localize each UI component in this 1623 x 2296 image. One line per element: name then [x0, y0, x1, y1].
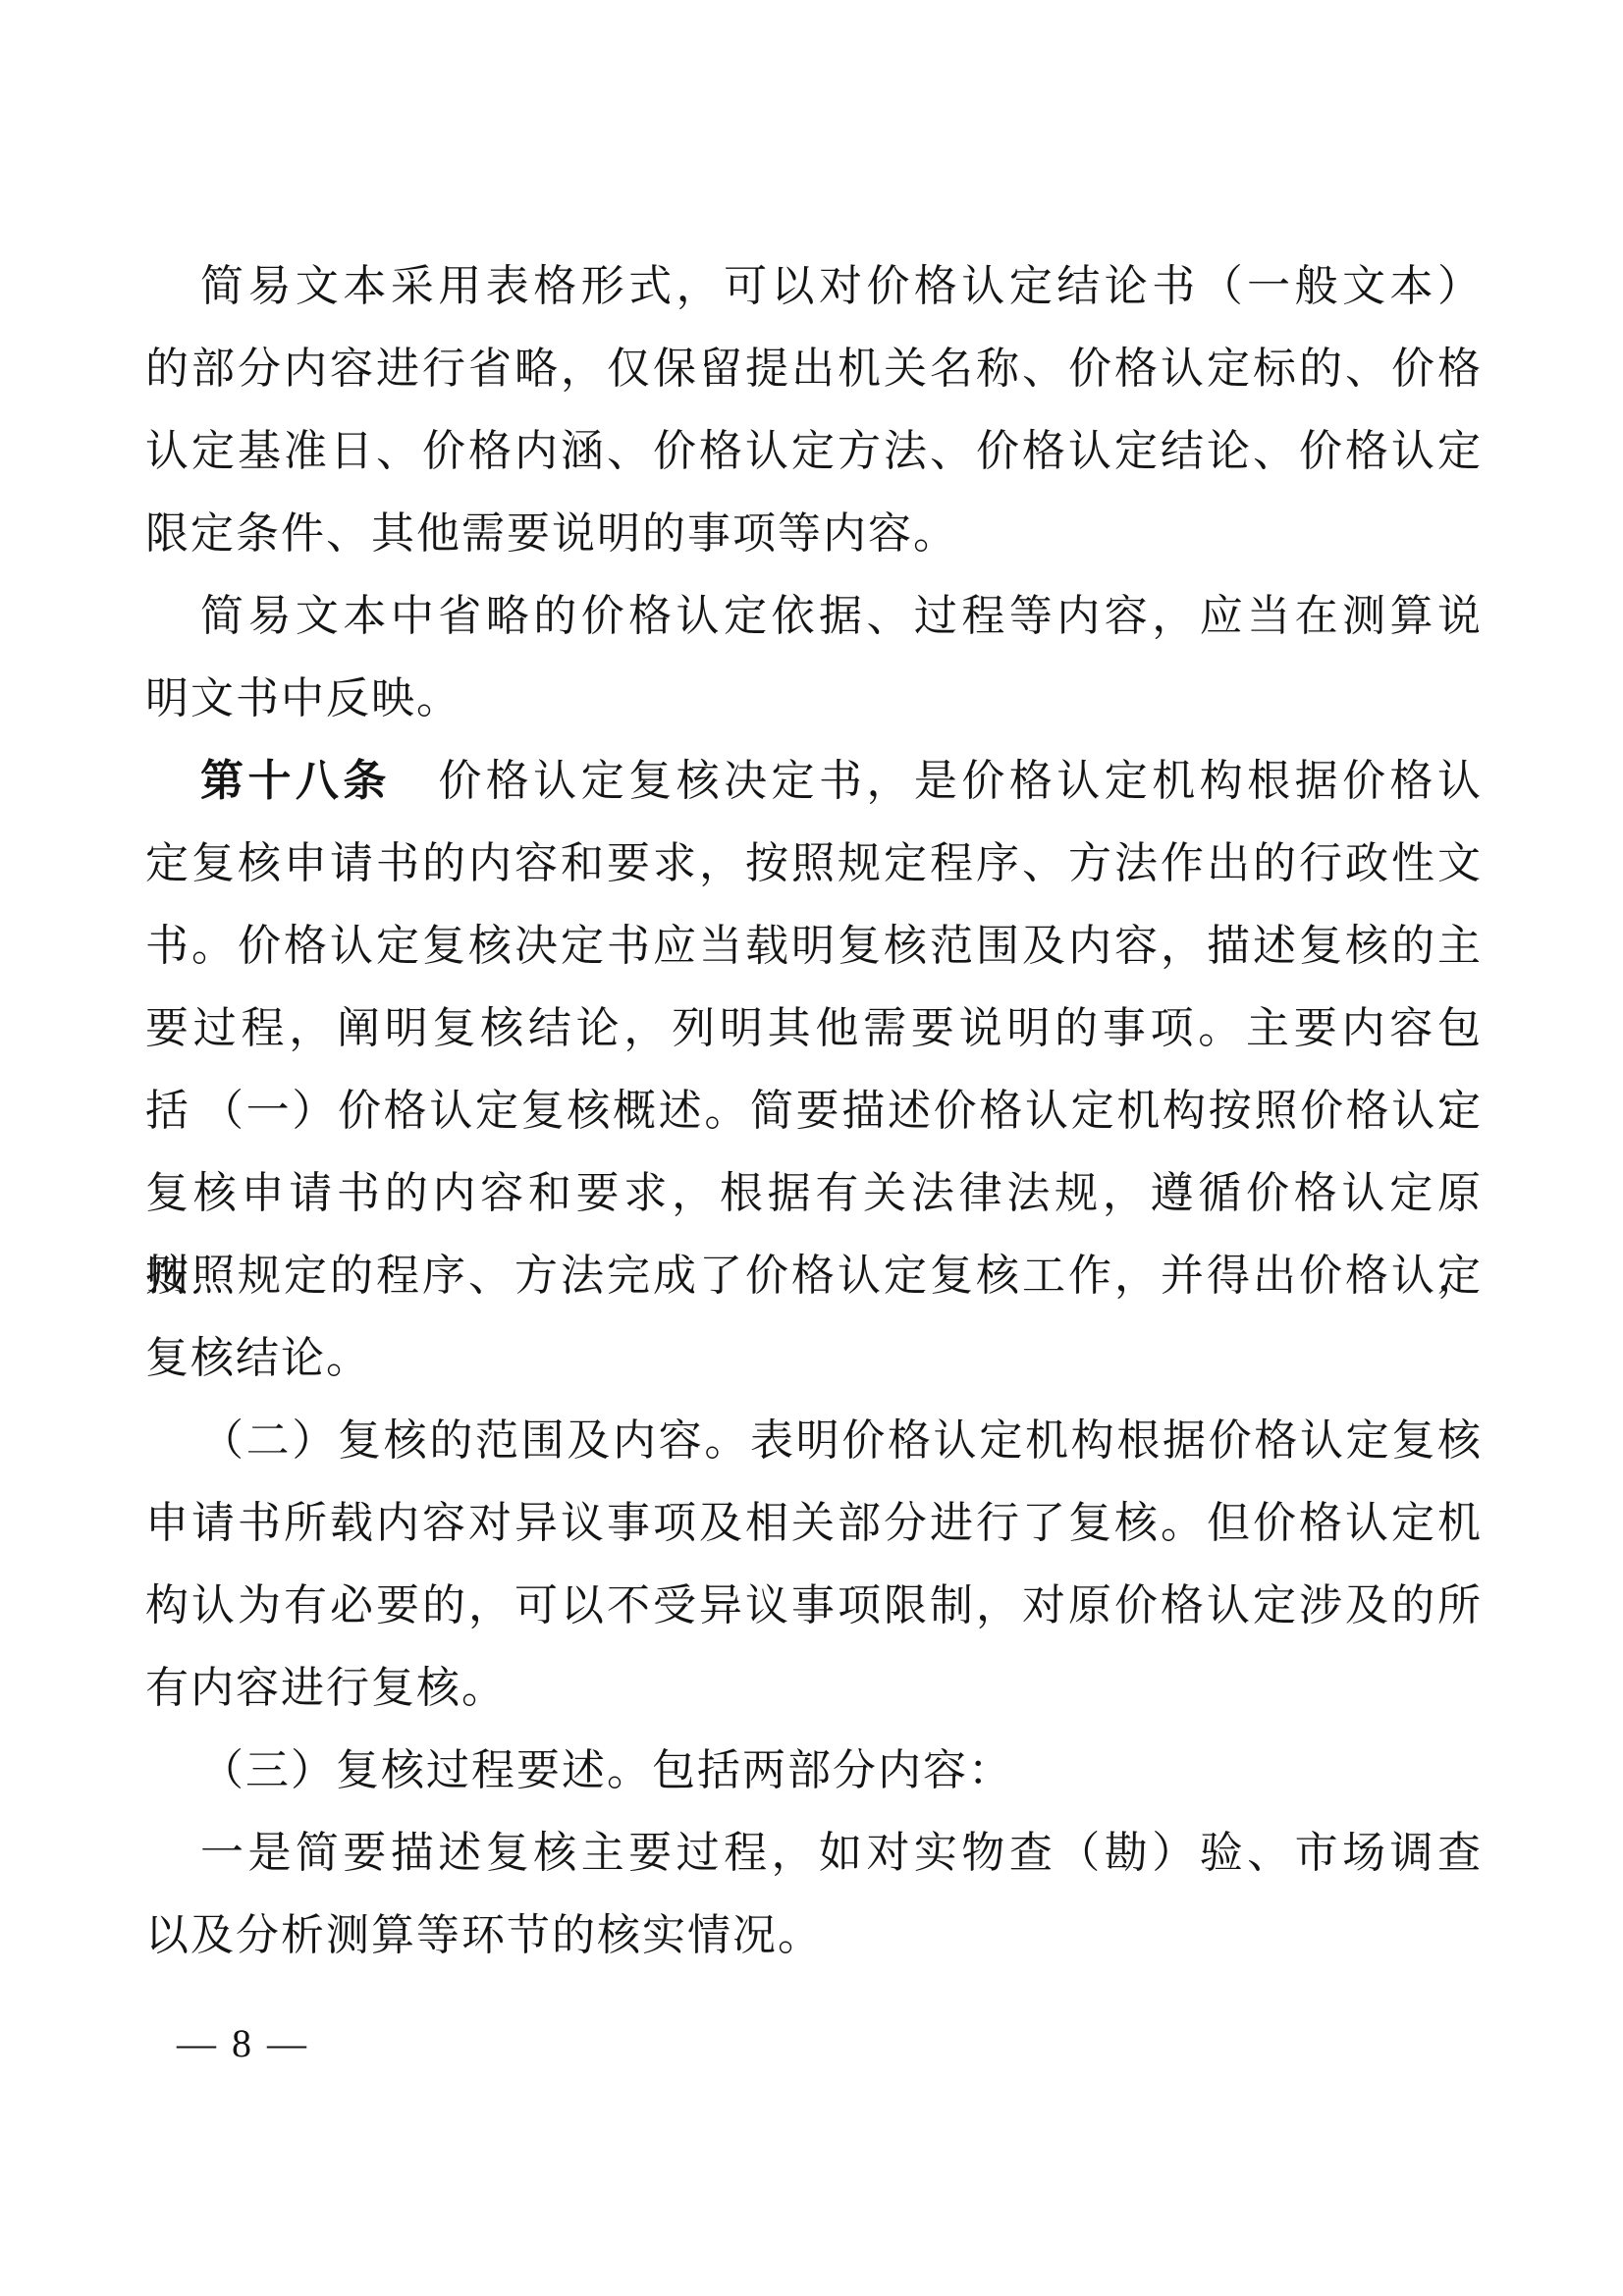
- text-line: 定复核申请书的内容和要求，按照规定程序、方法作出的行政性文: [145, 823, 1483, 905]
- text-line: （二）复核的范围及内容。表明价格认定机构根据价格认定复核: [145, 1400, 1483, 1482]
- text-line: 的部分内容进行省略，仅保留提出机关名称、价格认定标的、价格: [145, 328, 1483, 410]
- text-line: 有内容进行复核。: [145, 1647, 1483, 1730]
- document-page: 简易文本采用表格形式，可以对价格认定结论书（一般文本） 的部分内容进行省略，仅保…: [0, 0, 1623, 2296]
- text-line: 一是简要描述复核主要过程，如对实物查（勘）验、市场调查: [145, 1812, 1483, 1895]
- text-line: 明文书中反映。: [145, 658, 1483, 740]
- text-line: 限定条件、其他需要说明的事项等内容。: [145, 493, 1483, 575]
- text-line: 以及分析测算等环节的核实情况。: [145, 1895, 1483, 1977]
- text-line: 书。价格认定复核决定书应当载明复核范围及内容，描述复核的主: [145, 905, 1483, 988]
- document-body: 简易文本采用表格形式，可以对价格认定结论书（一般文本） 的部分内容进行省略，仅保…: [145, 245, 1483, 1977]
- text-line: 第十八条 价格认定复核决定书，是价格认定机构根据价格认: [145, 740, 1483, 823]
- text-line: 构认为有必要的，可以不受异议事项限制，对原价格认定涉及的所: [145, 1565, 1483, 1647]
- page-number: — 8 —: [177, 2014, 309, 2073]
- text-line: 要过程，阐明复核结论，列明其他需要说明的事项。主要内容包括：: [145, 988, 1483, 1070]
- text-line: 按照规定的程序、方法完成了价格认定复核工作，并得出价格认定: [145, 1235, 1483, 1317]
- text-line: 简易文本采用表格形式，可以对价格认定结论书（一般文本）: [145, 245, 1483, 328]
- text-line: 申请书所载内容对异议事项及相关部分进行了复核。但价格认定机: [145, 1482, 1483, 1565]
- text-line: 简易文本中省略的价格认定依据、过程等内容，应当在测算说: [145, 575, 1483, 658]
- text-line: 认定基准日、价格内涵、价格认定方法、价格认定结论、价格认定: [145, 410, 1483, 493]
- text-line: （一）价格认定复核概述。简要描述价格认定机构按照价格认定: [145, 1070, 1483, 1152]
- text-line: 复核结论。: [145, 1317, 1483, 1400]
- text-line: （三）复核过程要述。包括两部分内容：: [145, 1730, 1483, 1812]
- article-number: 第十八条: [200, 757, 391, 805]
- article-text: 价格认定复核决定书，是价格认定机构根据价格认: [391, 757, 1483, 805]
- text-line: 复核申请书的内容和要求，根据有关法律法规，遵循价格认定原则，: [145, 1152, 1483, 1235]
